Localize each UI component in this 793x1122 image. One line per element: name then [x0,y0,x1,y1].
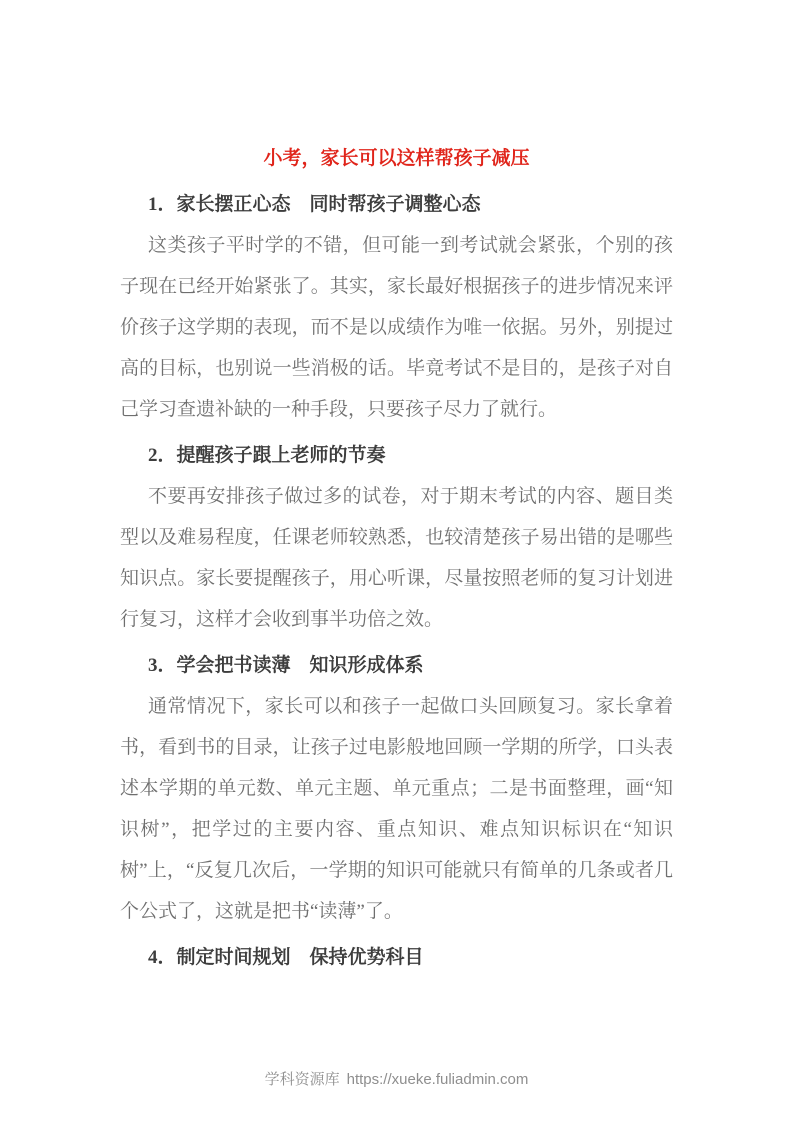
section-3-paragraph: 通常情况下，家长可以和孩子一起做口头回顾复习。家长拿着书，看到书的目录，让孩子过… [120,686,673,932]
section-1-paragraph: 这类孩子平时学的不错，但可能一到考试就会紧张，个别的孩子现在已经开始紧张了。其实… [120,225,673,430]
footer-url-link[interactable]: https://xueke.fuliadmin.com [347,1071,529,1088]
page-footer: 学科资源库https://xueke.fuliadmin.com [0,1068,793,1092]
section-3-heading: 3．学会把书读薄 知识形成体系 [120,645,673,686]
section-2-heading: 2．提醒孩子跟上老师的节奏 [120,435,673,476]
document-title: 小考，家长可以这样帮孩子减压 [120,138,673,179]
section-1-heading: 1．家长摆正心态 同时帮孩子调整心态 [120,184,673,225]
footer-site-name: 学科资源库 [265,1071,340,1088]
document-page: 小考，家长可以这样帮孩子减压 1．家长摆正心态 同时帮孩子调整心态 这类孩子平时… [120,138,673,978]
section-4-heading: 4．制定时间规划 保持优势科目 [120,937,673,978]
section-2-paragraph: 不要再安排孩子做过多的试卷，对于期末考试的内容、题目类型以及难易程度，任课老师较… [120,476,673,640]
